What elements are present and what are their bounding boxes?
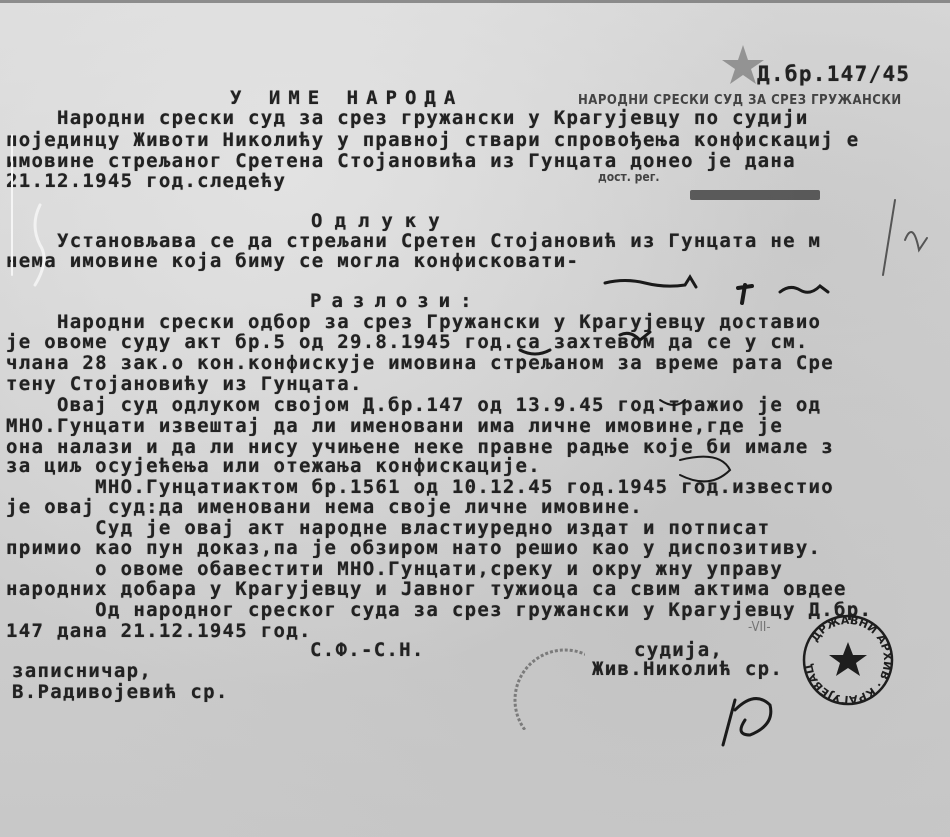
handwritten-annotations (0, 0, 950, 837)
